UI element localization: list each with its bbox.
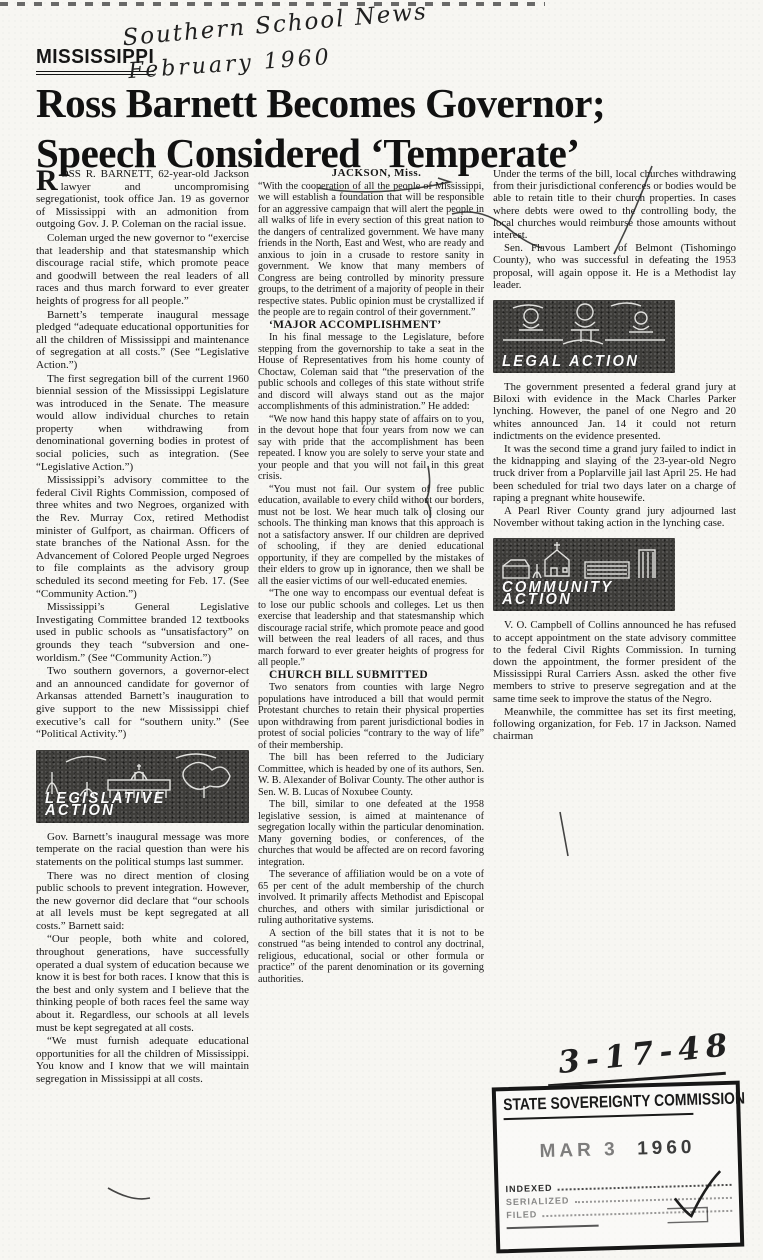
subhead-major-accomplishment: ‘MAJOR ACCOMPLISHMENT’ (258, 320, 484, 332)
paragraph: The first segregation bill of the curren… (36, 373, 249, 474)
paragraph: “You must not fail. Our system of free p… (258, 484, 484, 588)
paragraph: “With the cooperation of all the people … (258, 181, 484, 319)
paragraph: “We must furnish adequate educational op… (36, 1035, 249, 1085)
paragraph: Gov. Barnett’s inaugural message was mor… (36, 831, 249, 869)
paragraph: It was the second time a grand jury fail… (493, 443, 736, 504)
stamp-date-monthday: MAR 3 (539, 1139, 619, 1162)
stamp-title: STATE SOVEREIGNTY COMMISSION (503, 1091, 693, 1120)
column-2: JACKSON, Miss. “With the cooperation of … (258, 168, 484, 1260)
handwritten-annotation-source: Southern School News (121, 0, 428, 51)
banner-label: COMMUNITY ACTION (502, 582, 661, 606)
paragraph: Barnett’s temperate inaugural message pl… (36, 309, 249, 372)
paragraph: Mississippi’s advisory committee to the … (36, 474, 249, 600)
newspaper-clipping: MISSISSIPPI Southern School News Februar… (0, 0, 763, 1260)
paragraph: “The one way to encompass our eventual d… (258, 588, 484, 669)
scan-artifact-dashes (0, 2, 545, 6)
paragraph: “Our people, both white and colored, thr… (36, 933, 249, 1034)
paragraph: Two senators from counties with large Ne… (258, 682, 484, 751)
dropcap: R (36, 168, 61, 193)
paragraph: The severance of affiliation would be on… (258, 869, 484, 927)
paragraph: Under the terms of the bill, local churc… (493, 168, 736, 241)
stamp-signature-line (507, 1225, 599, 1230)
community-action-banner: COMMUNITY ACTION (493, 538, 675, 611)
paragraph: Coleman urged the new governor to “exerc… (36, 232, 249, 308)
paragraph: Mississippi’s General Legislative Invest… (36, 601, 249, 664)
paragraph: There was no direct mention of closing p… (36, 870, 249, 933)
banner-label: LEGAL ACTION (502, 356, 639, 368)
stamp-row-label: INDEXED (505, 1183, 552, 1194)
stamp-row-label: FILED (506, 1209, 537, 1220)
paragraph: In his final message to the Legislature,… (258, 332, 484, 413)
stamp-row-label: SERIALIZED (506, 1195, 570, 1207)
handwritten-checkmark (664, 1167, 726, 1227)
banner-label: LEGISLATIVE ACTION (45, 793, 233, 818)
paragraph: Sen. Flavous Lambert of Belmont (Tishomi… (493, 242, 736, 291)
headline: Ross Barnett Becomes Governor; Speech Co… (36, 78, 741, 178)
dateline: JACKSON, Miss. (258, 168, 484, 180)
paragraph: A section of the bill states that it is … (258, 928, 484, 986)
paragraph: The government presented a federal grand… (493, 381, 736, 442)
paragraph: Two southern governors, a governor-elect… (36, 665, 249, 741)
paragraph: The bill has been referred to the Judici… (258, 752, 484, 798)
stamp-date: MAR 3 1960 (504, 1136, 731, 1164)
legislative-action-banner: LEGISLATIVE ACTION (36, 750, 249, 823)
paragraph: “We now hand this happy state of affairs… (258, 414, 484, 483)
paragraph: A Pearl River County grand jury adjourne… (493, 505, 736, 529)
lead-text: OSS R. BARNETT, 62-year-old Jackson lawy… (36, 168, 249, 230)
lead-paragraph: ROSS R. BARNETT, 62-year-old Jackson law… (36, 168, 249, 231)
stamp-date-year: 1960 (637, 1137, 696, 1160)
legal-action-banner: LEGAL ACTION (493, 300, 675, 373)
paragraph: Meanwhile, the committee has set its fir… (493, 706, 736, 743)
paragraph: V. O. Campbell of Collins announced he h… (493, 619, 736, 704)
sovereignty-commission-stamp: STATE SOVEREIGNTY COMMISSION MAR 3 1960 … (492, 1081, 745, 1254)
column-1: ROSS R. BARNETT, 62-year-old Jackson law… (36, 168, 249, 1260)
subhead-church-bill: CHURCH BILL SUBMITTED (258, 670, 484, 682)
headline-line-1: Ross Barnett Becomes Governor; (36, 78, 741, 128)
paragraph: The bill, similar to one defeated at the… (258, 799, 484, 868)
